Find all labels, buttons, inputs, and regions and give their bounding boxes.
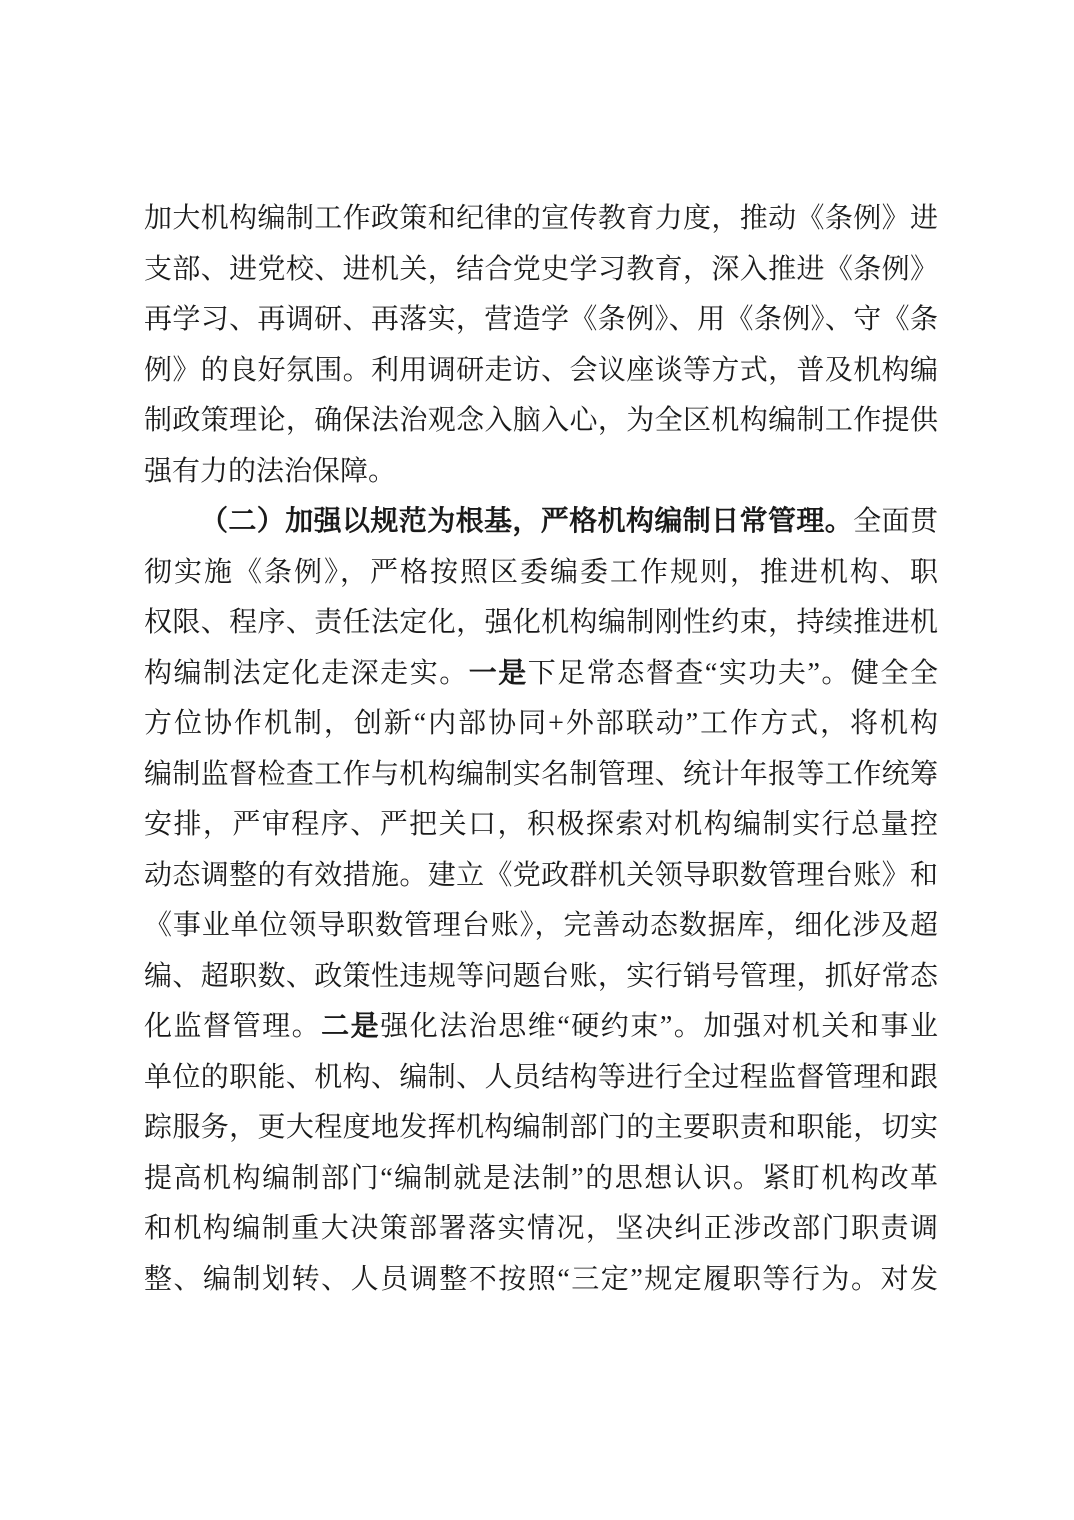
bold-text-segment: 一是 <box>469 658 528 689</box>
body-text-segment: 再学习、再调研、再落实，营造学《条例》、用《条例》、守《条 <box>144 304 938 335</box>
body-text-segment: 方位协作机制，创新“内部协同+外部联动”工作方式，将机构 <box>144 708 938 739</box>
text-line: 整、编制划转、人员调整不按照“三定”规定履职等行为。对发 <box>144 1255 938 1306</box>
text-line: 化监督管理。二是强化法治思维“硬约束”。加强对机关和事业 <box>144 1002 938 1053</box>
text-line: 《事业单位领导职数管理台账》，完善动态数据库，细化涉及超 <box>144 901 938 952</box>
text-line: 踪服务，更大程度地发挥机构编制部门的主要职责和职能，切实 <box>144 1103 938 1154</box>
text-line: 和机构编制重大决策部署落实情况，坚决纠正涉改部门职责调 <box>144 1204 938 1255</box>
body-text-segment: 加大机构编制工作政策和纪律的宣传教育力度，推动《条例》进 <box>144 203 938 234</box>
text-line: （二）加强以规范为根基，严格机构编制日常管理。全面贯 <box>144 497 938 548</box>
text-line: 支部、进党校、进机关，结合党史学习教育，深入推进《条例》 <box>144 245 938 296</box>
body-text-segment: 安排，严审程序、严把关口，积极探索对机构编制实行总量控制、 <box>144 809 938 851</box>
body-text-segment: 编制监督检查工作与机构编制实名制管理、统计年报等工作统筹 <box>144 759 938 790</box>
body-text-segment: 整、编制划转、人员调整不按照“三定”规定履职等行为。对发 <box>144 1264 938 1295</box>
paragraph-continuation: 加大机构编制工作政策和纪律的宣传教育力度，推动《条例》进支部、进党校、进机关，结… <box>144 194 938 497</box>
body-text-segment: 制政策理论，确保法治观念入脑入心，为全区机构编制工作提供 <box>144 405 938 436</box>
body-text-segment: 支部、进党校、进机关，结合党史学习教育，深入推进《条例》 <box>144 254 938 285</box>
body-text-segment: 强有力的法治保障。 <box>144 456 396 487</box>
document-page: 加大机构编制工作政策和纪律的宣传教育力度，推动《条例》进支部、进党校、进机关，结… <box>0 0 1074 1520</box>
bold-text-segment: 二是 <box>321 1011 380 1042</box>
text-line: 提高机构编制部门“编制就是法制”的思想认识。紧盯机构改革 <box>144 1154 938 1205</box>
body-text-segment: 化监督管理。 <box>144 1011 321 1042</box>
body-text-segment: 权限、程序、责任法定化，强化机构编制刚性约束，持续推进机 <box>144 607 938 638</box>
text-line: 彻实施《条例》，严格按照区委编委工作规则，推进机构、职能、 <box>144 548 938 599</box>
text-line: 强有力的法治保障。 <box>144 447 938 498</box>
text-line: 权限、程序、责任法定化，强化机构编制刚性约束，持续推进机 <box>144 598 938 649</box>
text-line: 构编制法定化走深走实。一是下足常态督查“实功夫”。健全全 <box>144 649 938 700</box>
text-line: 再学习、再调研、再落实，营造学《条例》、用《条例》、守《条 <box>144 295 938 346</box>
bold-text-segment: （二）加强以规范为根基，严格机构编制日常管理。 <box>200 506 853 537</box>
text-line: 动态调整的有效措施。建立《党政群机关领导职数管理台账》和 <box>144 851 938 902</box>
body-text-segment: 和机构编制重大决策部署落实情况，坚决纠正涉改部门职责调 <box>144 1213 938 1244</box>
body-text-segment: 《事业单位领导职数管理台账》，完善动态数据库，细化涉及超 <box>144 910 938 941</box>
text-line: 方位协作机制，创新“内部协同+外部联动”工作方式，将机构 <box>144 699 938 750</box>
text-line: 制政策理论，确保法治观念入脑入心，为全区机构编制工作提供 <box>144 396 938 447</box>
body-text-segment: 踪服务，更大程度地发挥机构编制部门的主要职责和职能，切实 <box>144 1112 938 1143</box>
text-line: 编、超职数、政策性违规等问题台账，实行销号管理，抓好常态 <box>144 952 938 1003</box>
body-text-segment: 提高机构编制部门“编制就是法制”的思想认识。紧盯机构改革 <box>144 1163 938 1194</box>
document-text-block: 加大机构编制工作政策和纪律的宣传教育力度，推动《条例》进支部、进党校、进机关，结… <box>144 194 938 1305</box>
body-text-segment: 动态调整的有效措施。建立《党政群机关领导职数管理台账》和 <box>144 860 938 891</box>
body-text-segment: 例》的良好氛围。利用调研走访、会议座谈等方式，普及机构编 <box>144 355 938 386</box>
text-line: 例》的良好氛围。利用调研走访、会议座谈等方式，普及机构编 <box>144 346 938 397</box>
text-line: 单位的职能、机构、编制、人员结构等进行全过程监督管理和跟 <box>144 1053 938 1104</box>
body-text-segment: 强化法治思维“硬约束”。加强对机关和事业 <box>380 1011 938 1042</box>
text-line: 编制监督检查工作与机构编制实名制管理、统计年报等工作统筹 <box>144 750 938 801</box>
body-text-segment: 构编制法定化走深走实。 <box>144 658 469 689</box>
text-line: 安排，严审程序、严把关口，积极探索对机构编制实行总量控制、 <box>144 800 938 851</box>
body-text-segment: 彻实施《条例》，严格按照区委编委工作规则，推进机构、职能、 <box>144 557 938 599</box>
body-text-segment: 下足常态督查“实功夫”。健全全 <box>528 658 938 689</box>
paragraph-section-two: （二）加强以规范为根基，严格机构编制日常管理。全面贯彻实施《条例》，严格按照区委… <box>144 497 938 1305</box>
body-text-segment: 单位的职能、机构、编制、人员结构等进行全过程监督管理和跟 <box>144 1062 938 1093</box>
body-text-segment: 编、超职数、政策性违规等问题台账，实行销号管理，抓好常态 <box>144 961 938 992</box>
text-line: 加大机构编制工作政策和纪律的宣传教育力度，推动《条例》进 <box>144 194 938 245</box>
body-text-segment: 全面贯 <box>853 506 938 537</box>
